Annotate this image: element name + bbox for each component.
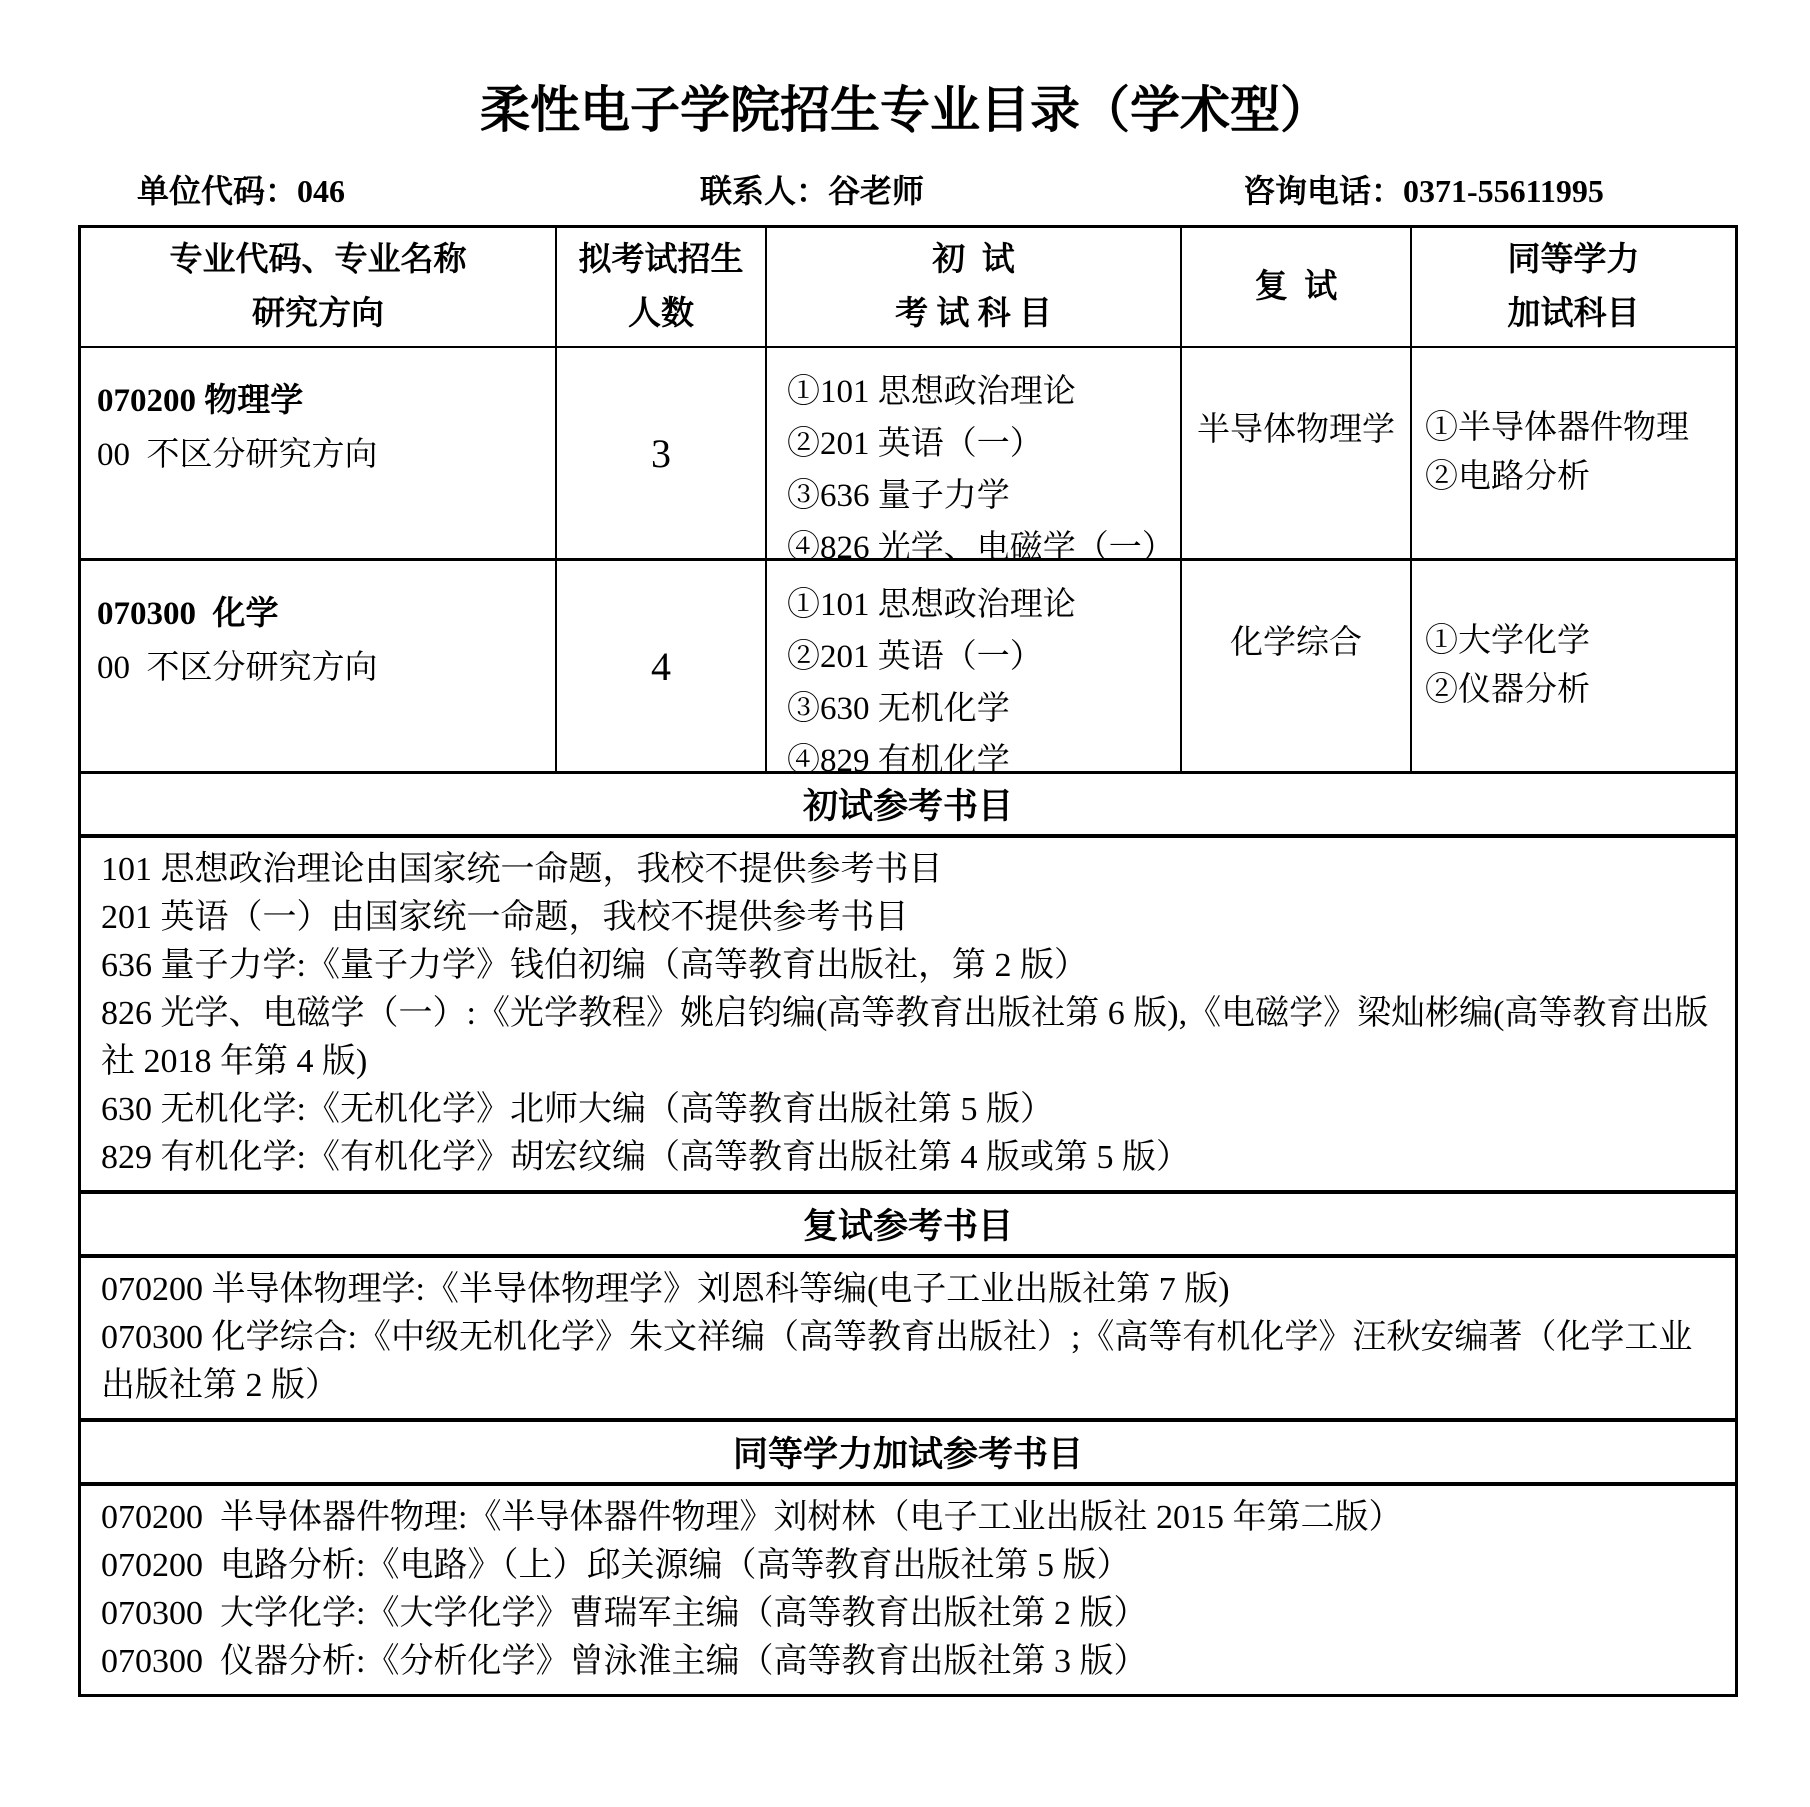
reference-line: 201 英语（一）由国家统一命题，我校不提供参考书目 xyxy=(101,894,1715,942)
program-cell-additional: ①大学化学 ②仪器分析 xyxy=(1412,561,1735,771)
unit-code-label: 单位代码： xyxy=(137,173,297,209)
enrollment-count: 3 xyxy=(651,430,671,477)
reference-line: 826 光学、电磁学（一）:《光学教程》姚启钧编(高等教育出版社第 6 版),《… xyxy=(101,990,1715,1086)
header-initial-line1: 初 试 xyxy=(932,233,1015,287)
header-equivalent-line2: 加试科目 xyxy=(1508,287,1640,341)
header-enrollment-line2: 人数 xyxy=(628,287,694,341)
enrollment-count: 4 xyxy=(651,643,671,690)
reference-line: 070200 半导体物理学:《半导体物理学》刘恩科等编(电子工业出版社第 7 版… xyxy=(101,1266,1715,1314)
program-cell-additional: ①半导体器件物理 ②电路分析 xyxy=(1412,348,1735,558)
exam-subject-line: ①101 思想政治理论 xyxy=(787,579,1176,631)
section-content-retest-references: 070200 半导体物理学:《半导体物理学》刘恩科等编(电子工业出版社第 7 版… xyxy=(81,1258,1735,1422)
section-title-retest-references: 复试参考书目 xyxy=(81,1194,1735,1258)
header-program-line2: 研究方向 xyxy=(252,287,384,341)
program-cell-name: 070200 物理学 00 不区分研究方向 xyxy=(81,348,557,558)
program-cell-subjects: ①101 思想政治理论 ②201 英语（一） ③630 无机化学 ④829 有机… xyxy=(767,561,1182,771)
reference-line: 829 有机化学:《有机化学》胡宏纹编（高等教育出版社第 4 版或第 5 版） xyxy=(101,1134,1715,1182)
reference-line: 070300 大学化学:《大学化学》曹瑞军主编（高等教育出版社第 2 版） xyxy=(101,1590,1715,1638)
header-initial-line2: 考 试 科 目 xyxy=(895,287,1052,341)
program-cell-enrollment: 3 xyxy=(557,348,767,558)
section-title-equivalent-references: 同等学力加试参考书目 xyxy=(81,1422,1735,1486)
header-cell-program: 专业代码、专业名称 研究方向 xyxy=(81,228,557,346)
reference-line: 636 量子力学:《量子力学》钱伯初编（高等教育出版社，第 2 版） xyxy=(101,942,1715,990)
unit-code-item: 单位代码：046 xyxy=(137,166,345,212)
retest-subject: 化学综合 xyxy=(1230,619,1362,667)
program-code-name: 070200 物理学 xyxy=(97,374,547,428)
header-enrollment-line1: 拟考试招生 xyxy=(579,233,744,287)
header-cell-initial-exam: 初 试 考 试 科 目 xyxy=(767,228,1182,346)
exam-subject-line: ①101 思想政治理论 xyxy=(787,366,1176,418)
additional-subject-line: ②仪器分析 xyxy=(1425,666,1733,715)
header-cell-equivalent: 同等学力 加试科目 xyxy=(1412,228,1735,346)
contact-item: 联系人：谷老师 xyxy=(700,166,924,212)
exam-subject-line: ③630 无机化学 xyxy=(787,683,1176,735)
exam-subject-line: ③636 量子力学 xyxy=(787,470,1176,522)
section-title-initial-references: 初试参考书目 xyxy=(81,774,1735,838)
reference-line: 070200 电路分析:《电路》（上）邱关源编（高等教育出版社第 5 版） xyxy=(101,1542,1715,1590)
program-row-070200: 070200 物理学 00 不区分研究方向 3 ①101 思想政治理论 ②201… xyxy=(81,348,1735,561)
reference-line: 630 无机化学:《无机化学》北师大编（高等教育出版社第 5 版） xyxy=(101,1086,1715,1134)
exam-subject-line: ②201 英语（一） xyxy=(787,631,1176,683)
header-retest-line1: 复 试 xyxy=(1255,260,1338,314)
document-page: 柔性电子学院招生专业目录（学术型） 单位代码：046 联系人：谷老师 咨询电话：… xyxy=(0,0,1810,1807)
additional-subject-line: ①大学化学 xyxy=(1425,617,1733,666)
program-cell-enrollment: 4 xyxy=(557,561,767,771)
phone-item: 咨询电话：0371-55611995 xyxy=(1243,166,1604,212)
table-header-row: 专业代码、专业名称 研究方向 拟考试招生 人数 初 试 考 试 科 目 复 试 … xyxy=(81,228,1735,348)
info-bar: 单位代码：046 联系人：谷老师 咨询电话：0371-55611995 xyxy=(0,166,1810,212)
program-cell-retest: 化学综合 xyxy=(1182,561,1412,771)
additional-subject-line: ①半导体器件物理 xyxy=(1425,404,1733,453)
header-program-line1: 专业代码、专业名称 xyxy=(170,233,467,287)
reference-line: 070300 仪器分析:《分析化学》曾泳淮主编（高等教育出版社第 3 版） xyxy=(101,1638,1715,1686)
unit-code-value: 046 xyxy=(297,173,345,209)
reference-line: 070300 化学综合:《中级无机化学》朱文祥编（高等教育出版社）;《高等有机化… xyxy=(101,1314,1715,1410)
header-equivalent-line1: 同等学力 xyxy=(1508,233,1640,287)
phone-label: 咨询电话： xyxy=(1243,173,1403,209)
phone-value: 0371-55611995 xyxy=(1403,173,1604,209)
header-cell-retest: 复 试 xyxy=(1182,228,1412,346)
contact-label: 联系人： xyxy=(700,173,828,209)
retest-subject: 半导体物理学 xyxy=(1197,406,1395,454)
admissions-table: 专业代码、专业名称 研究方向 拟考试招生 人数 初 试 考 试 科 目 复 试 … xyxy=(78,225,1738,1697)
exam-subject-line: ②201 英语（一） xyxy=(787,418,1176,470)
program-cell-subjects: ①101 思想政治理论 ②201 英语（一） ③636 量子力学 ④826 光学… xyxy=(767,348,1182,558)
program-direction: 00 不区分研究方向 xyxy=(97,428,547,482)
program-cell-retest: 半导体物理学 xyxy=(1182,348,1412,558)
program-code-name: 070300 化学 xyxy=(97,587,547,641)
program-cell-name: 070300 化学 00 不区分研究方向 xyxy=(81,561,557,771)
contact-value: 谷老师 xyxy=(828,173,924,209)
program-row-070300: 070300 化学 00 不区分研究方向 4 ①101 思想政治理论 ②201 … xyxy=(81,561,1735,774)
header-cell-enrollment: 拟考试招生 人数 xyxy=(557,228,767,346)
section-content-equivalent-references: 070200 半导体器件物理:《半导体器件物理》刘树林（电子工业出版社 2015… xyxy=(81,1486,1735,1694)
section-content-initial-references: 101 思想政治理论由国家统一命题，我校不提供参考书目 201 英语（一）由国家… xyxy=(81,838,1735,1194)
reference-line: 070200 半导体器件物理:《半导体器件物理》刘树林（电子工业出版社 2015… xyxy=(101,1494,1715,1542)
page-title: 柔性电子学院招生专业目录（学术型） xyxy=(0,70,1810,142)
program-direction: 00 不区分研究方向 xyxy=(97,641,547,695)
additional-subject-line: ②电路分析 xyxy=(1425,453,1733,502)
reference-line: 101 思想政治理论由国家统一命题，我校不提供参考书目 xyxy=(101,846,1715,894)
